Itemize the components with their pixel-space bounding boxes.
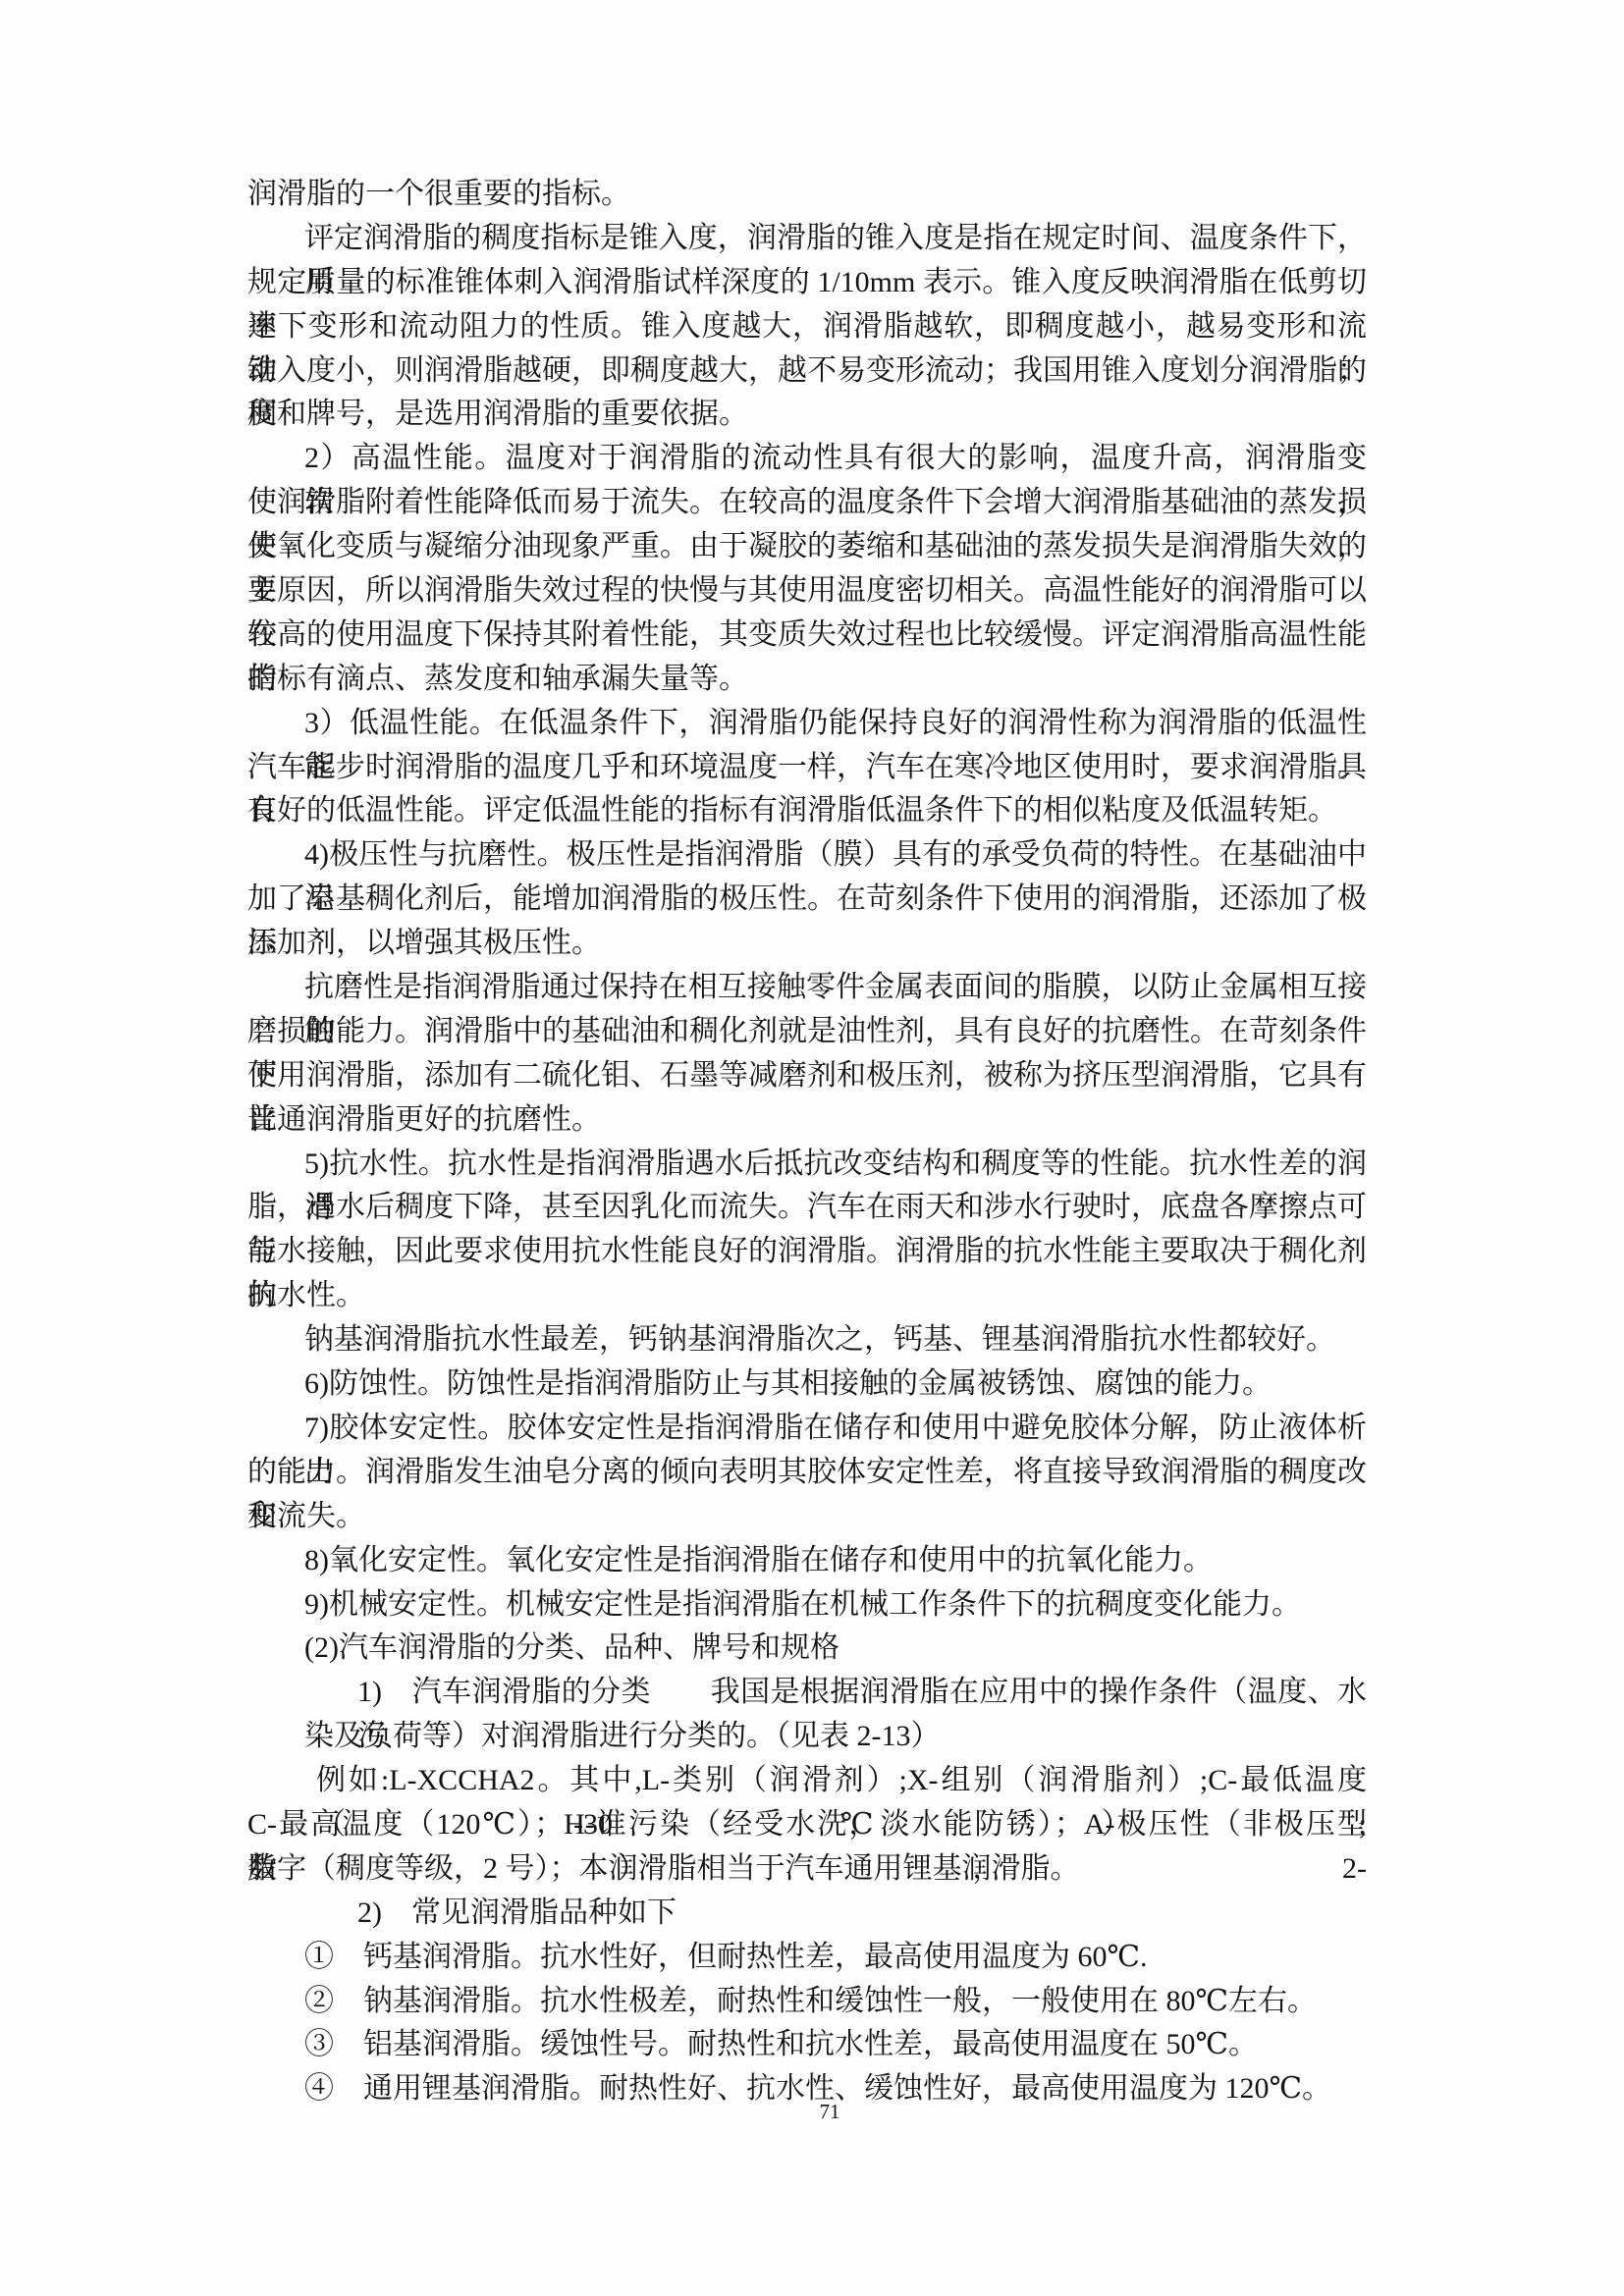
- text-line: 9)机械安定性。机械安定性是指润滑脂在机械工作条件下的抗稠度变化能力。: [247, 1583, 1367, 1628]
- body-text: 润滑脂的一个很重要的指标。 评定润滑脂的稠度指标是锥入度，润滑脂的锥入度是指在规…: [247, 173, 1367, 2111]
- text-line: 脂，遇水后稠度下降，甚至因乳化而流失。汽车在雨天和涉水行驶时，底盘各摩擦点可能: [247, 1186, 1367, 1230]
- text-line: 的能力。润滑脂发生油皂分离的倾向表明其胶体安定性差，将直接导致润滑脂的稠度改变: [247, 1451, 1367, 1495]
- text-line: 润滑脂的一个很重要的指标。: [247, 173, 1367, 217]
- text-line: 抗磨性是指润滑脂通过保持在相互接触零件金属表面间的脂膜，以防止金属相互接触: [247, 966, 1367, 1010]
- text-line: 普通润滑脂更好的抗磨性。: [247, 1098, 1367, 1143]
- text-line: ② 钠基润滑脂。抗水性极差，耐热性和缓蚀性一般，一般使用在 80℃左右。: [247, 1980, 1367, 2024]
- text-line: 率下变形和流动阻力的性质。锥入度越大，润滑脂越软，即稠度越小，越易变形和流动；: [247, 305, 1367, 349]
- text-line: 要原因，所以润滑脂失效过程的快慢与其使用温度密切相关。高温性能好的润滑脂可以在: [247, 569, 1367, 614]
- page-number: 71: [247, 2097, 1367, 2126]
- text-line: 良好的低温性能。评定低温性能的指标有润滑脂低温条件下的相似粘度及低温转矩。: [247, 789, 1367, 833]
- text-line: 添加剂，以增强其极压性。: [247, 922, 1367, 966]
- text-line: (2)汽车润滑脂的分类、品种、牌号和规格: [247, 1627, 1367, 1671]
- text-line: 和流失。: [247, 1495, 1367, 1539]
- text-line: 评定润滑脂的稠度指标是锥入度，润滑脂的锥入度是指在规定时间、温度条件下，用: [247, 217, 1367, 261]
- text-line: 指标有滴点、蒸发度和轴承漏失量等。: [247, 658, 1367, 702]
- text-line: 度和牌号，是选用润滑脂的重要依据。: [247, 393, 1367, 437]
- text-line: 3）低温性能。在低温条件下，润滑脂仍能保持良好的润滑性称为润滑脂的低温性能。: [247, 702, 1367, 746]
- text-line: 与水接触，因此要求使用抗水性能良好的润滑脂。润滑脂的抗水性能主要取决于稠化剂的: [247, 1230, 1367, 1274]
- text-line: 8)氧化安定性。氧化安定性是指润滑脂在储存和使用中的抗氧化能力。: [247, 1539, 1367, 1583]
- text-line: 规定质量的标准锥体刺入润滑脂试样深度的 1/10mm 表示。锥入度反映润滑脂在低…: [247, 261, 1367, 305]
- text-line: 1) 汽车润滑脂的分类 我国是根据润滑脂在应用中的操作条件（温度、水污: [247, 1671, 1367, 1715]
- text-line: 染及负荷等）对润滑脂进行分类的。（见表 2-13）: [247, 1715, 1367, 1759]
- text-line: 例如:L-XCCHA2。其中,L-类别（润滑剂）;X-组别（润滑脂剂）;C-最低…: [247, 1759, 1367, 1803]
- text-line: 使氧化变质与凝缩分油现象严重。由于凝胶的萎缩和基础油的蒸发损失是润滑脂失效的主: [247, 525, 1367, 569]
- text-line: 2）高温性能。温度对于润滑脂的流动性具有很大的影响，温度升高，润滑脂变软，: [247, 437, 1367, 481]
- text-line: 钠基润滑脂抗水性最差，钙钠基润滑脂次之，钙基、锂基润滑脂抗水性都较好。: [247, 1318, 1367, 1362]
- text-line: 6)防蚀性。防蚀性是指润滑脂防止与其相接触的金属被锈蚀、腐蚀的能力。: [247, 1362, 1367, 1407]
- text-line: 汽车起步时润滑脂的温度几乎和环境温度一样，汽车在寒冷地区使用时，要求润滑脂具有: [247, 746, 1367, 790]
- text-line: 5)抗水性。抗水性是指润滑脂遇水后抵抗改变结构和稠度等的性能。抗水性差的润滑: [247, 1143, 1367, 1187]
- text-line: 使润滑脂附着性能降低而易于流失。在较高的温度条件下会增大润滑脂基础油的蒸发损失，: [247, 481, 1367, 525]
- text-line: 抗水性。: [247, 1274, 1367, 1318]
- text-line: C-最高温度（120℃）；H-谁污染（经受水洗，淡水能防锈）；A-极压性（非极压…: [247, 1803, 1367, 1847]
- text-line: ① 钙基润滑脂。抗水性好，但耐热性差，最高使用温度为 60℃.: [247, 1936, 1367, 1980]
- text-line: 锥入度小，则润滑脂越硬，即稠度越大，越不易变形流动；我国用锥入度划分润滑脂的稠: [247, 349, 1367, 394]
- text-line: 2) 常见润滑脂品种如下: [247, 1892, 1367, 1936]
- text-line: 7)胶体安定性。胶体安定性是指润滑脂在储存和使用中避免胶体分解，防止液体析出: [247, 1407, 1367, 1451]
- text-line: 较高的使用温度下保持其附着性能，其变质失效过程也比较缓慢。评定润滑脂高温性能的: [247, 614, 1367, 658]
- text-line: 使用润滑脂，添加有二硫化钼、石墨等减磨剂和极压剂，被称为挤压型润滑脂，它具有比: [247, 1054, 1367, 1098]
- document-page: 润滑脂的一个很重要的指标。 评定润滑脂的稠度指标是锥入度，润滑脂的锥入度是指在规…: [0, 0, 1624, 2296]
- text-line: 4)极压性与抗磨性。极压性是指润滑脂（膜）具有的承受负荷的特性。在基础油中添: [247, 833, 1367, 878]
- text-line: ③ 铝基润滑脂。缓蚀性号。耐热性和抗水性差，最高使用温度在 50℃。: [247, 2023, 1367, 2067]
- text-line: 加了皂基稠化剂后，能增加润滑脂的极压性。在苛刻条件下使用的润滑脂，还添加了极压: [247, 878, 1367, 922]
- text-line: 磨损的能力。润滑脂中的基础油和稠化剂就是油性剂，具有良好的抗磨性。在苛刻条件下: [247, 1010, 1367, 1054]
